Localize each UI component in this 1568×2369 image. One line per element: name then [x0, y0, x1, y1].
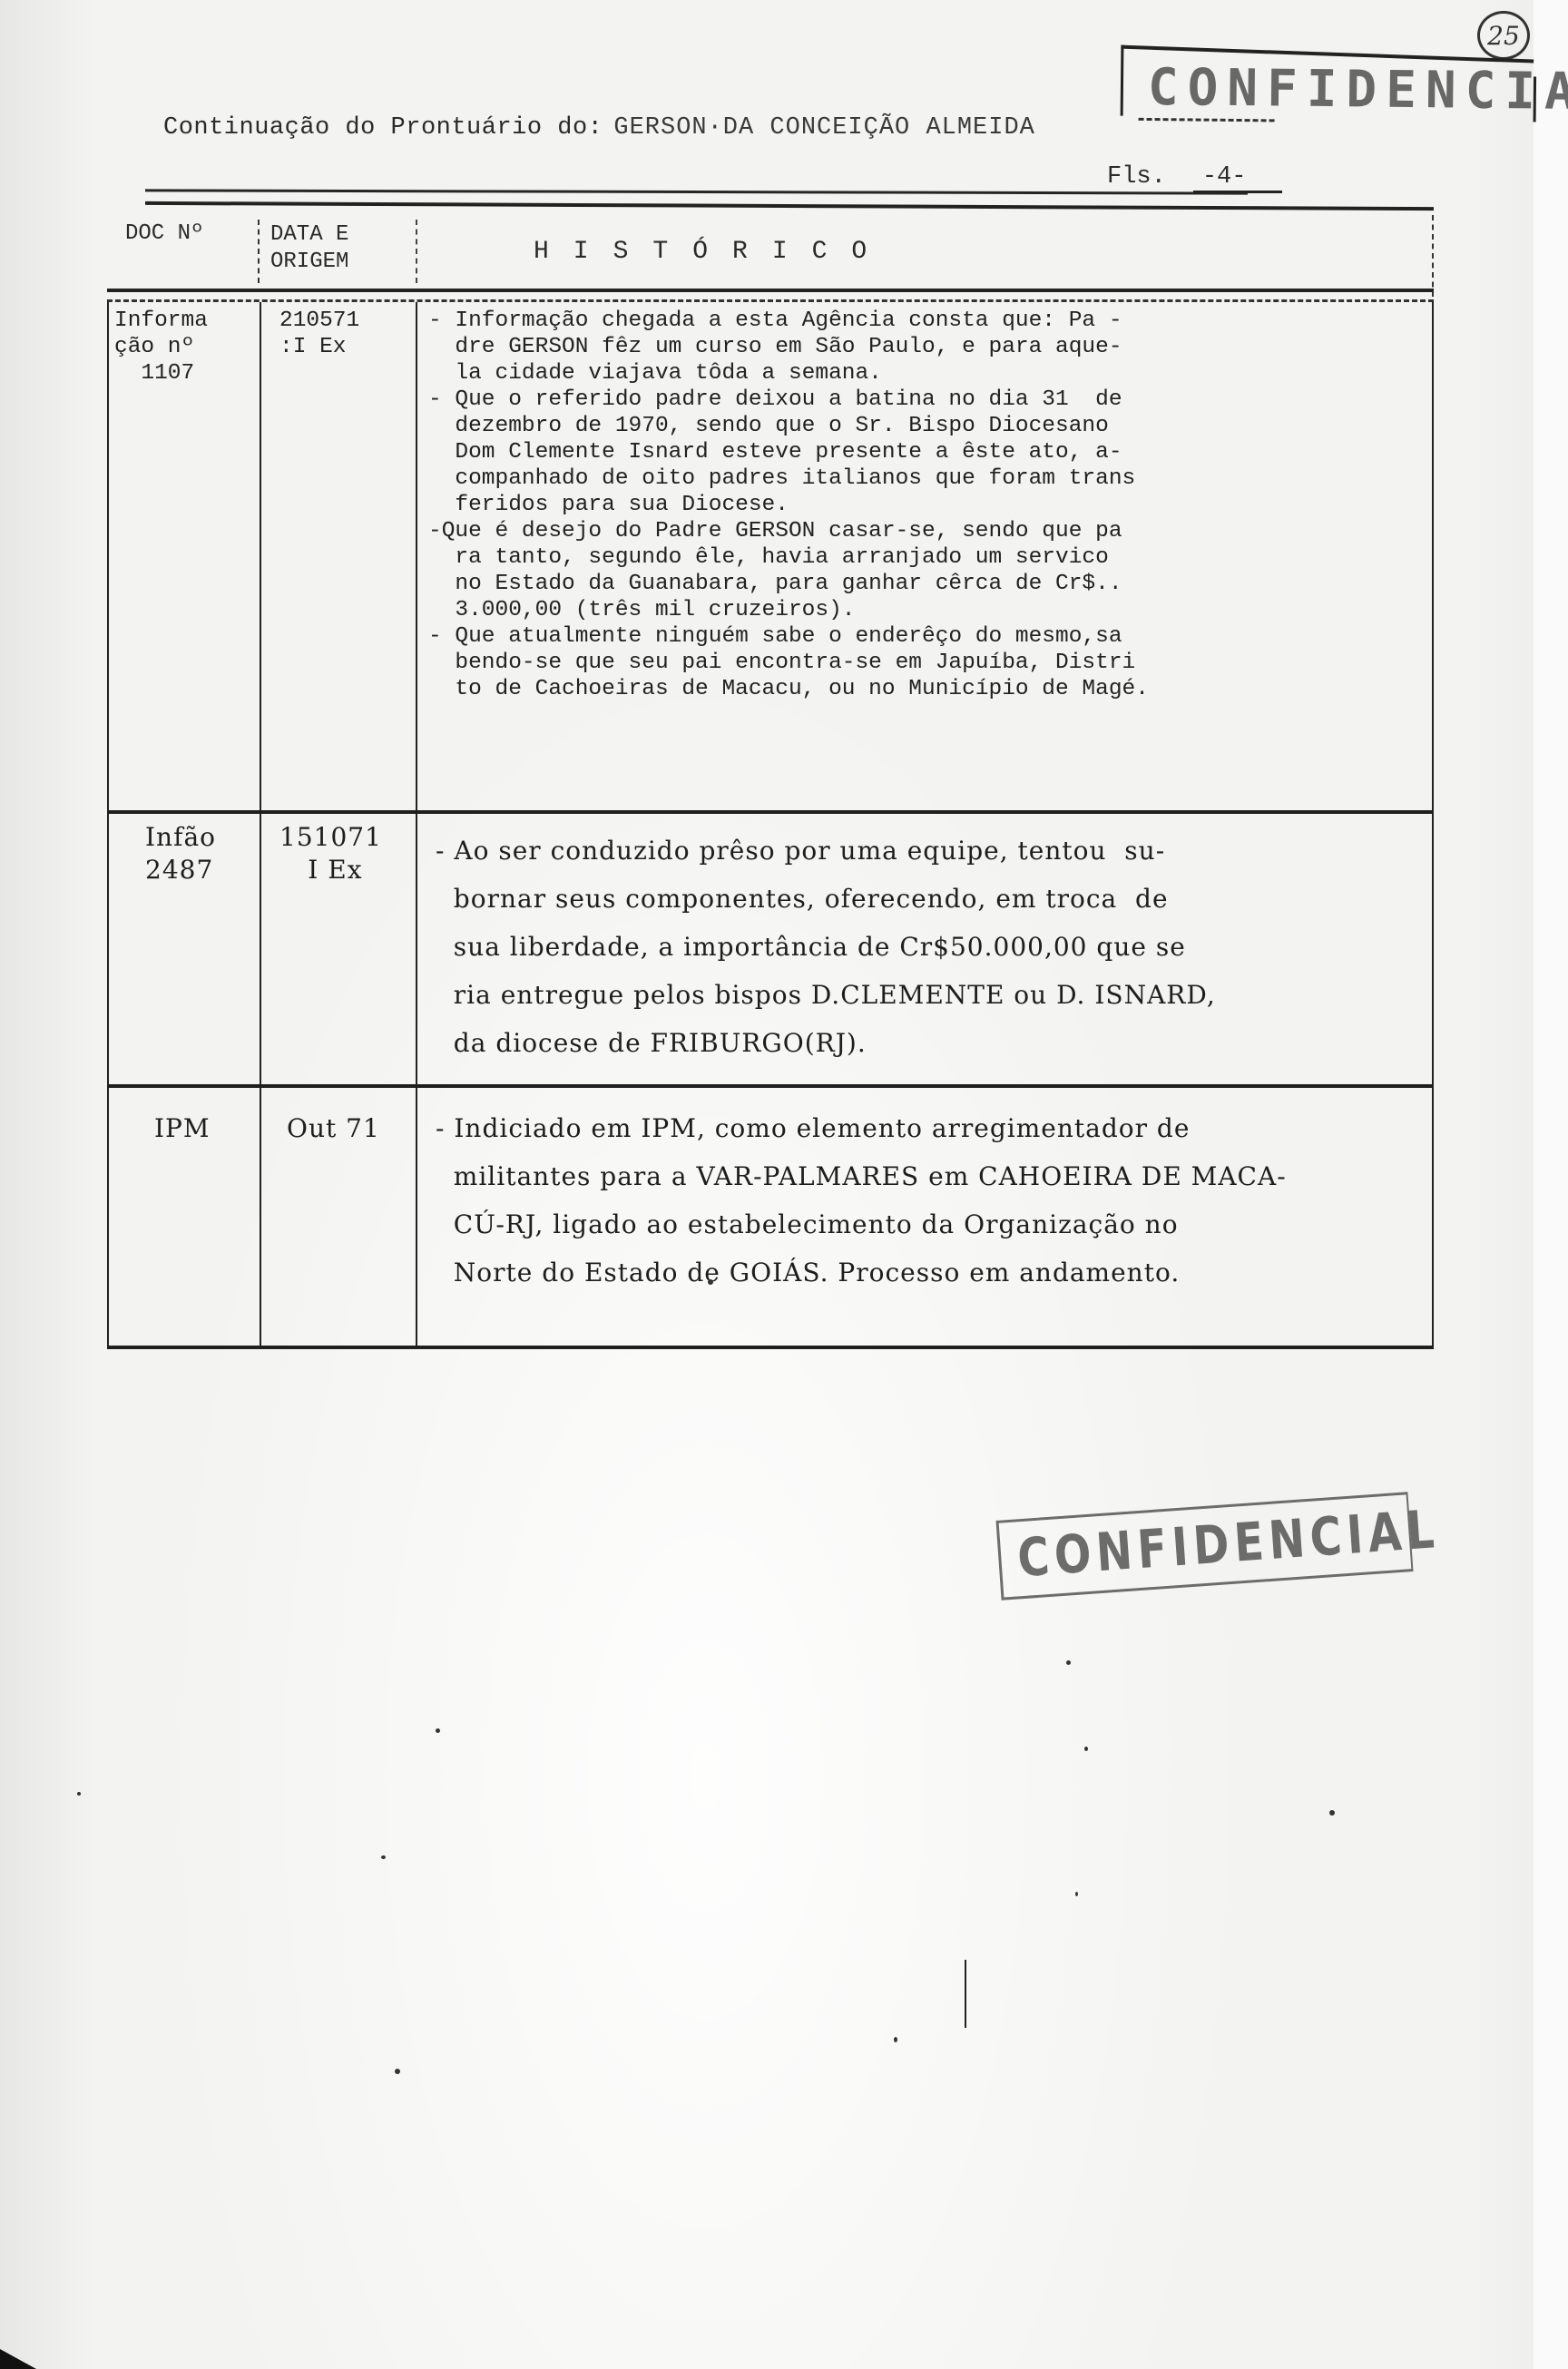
header-label: Continuação do Prontuário do: [163, 114, 603, 142]
column-header-doc: DOC Nº [125, 221, 203, 246]
confidential-stamp-top: CONFIDENCIAL [1112, 45, 1539, 122]
table-row: Informa ção nº 1107 210571 :I Ex - Infor… [107, 299, 1434, 814]
header-rule [145, 189, 1248, 194]
doc-reference: IPM [154, 1104, 211, 1152]
subject-name: GERSON·DA CONCEIÇÃO ALMEIDA [613, 114, 1034, 142]
cell-doc: Informa ção nº 1107 [109, 302, 261, 810]
column-divider [416, 220, 417, 283]
date-origin: Out 71 [287, 1104, 380, 1152]
doc-reference: Informa ção nº 1107 [114, 308, 208, 387]
scan-edge [1534, 0, 1568, 2369]
confidential-stamp-bottom: CONFIDENCIAL [995, 1492, 1413, 1601]
cell-date-origin: 151071 I Ex [261, 814, 417, 1084]
table-row: Infão 2487 151071 I Ex - Ao ser conduzid… [107, 814, 1434, 1088]
cell-history: - Informação chegada a esta Agência cons… [417, 302, 1432, 810]
table-header: DOC Nº DATA E ORIGEM HISTÓRICO [107, 210, 1434, 294]
cell-doc: Infão 2487 [109, 814, 261, 1084]
date-origin: 210571 :I Ex [279, 308, 359, 360]
cell-history: - Indiciado em IPM, como elemento arregi… [417, 1088, 1432, 1346]
scan-artifact-line [965, 1960, 966, 2028]
stamp-text: CONFIDENCIAL [1015, 1498, 1441, 1589]
column-header-history: HISTÓRICO [534, 238, 891, 266]
record-header: Continuação do Prontuário do:GERSON·DA C… [163, 114, 1035, 142]
cell-doc: IPM [109, 1088, 261, 1346]
scan-corner-shadow [0, 2349, 36, 2369]
stamp-frame [1139, 118, 1275, 122]
history-text: - Informação chegada a esta Agência cons… [428, 308, 1149, 702]
sheet-number-line: Fls.-4- [1107, 163, 1282, 193]
history-table: DOC Nº DATA E ORIGEM HISTÓRICO Informa ç… [107, 210, 1434, 1349]
stamp-text: CONFIDENCIAL [1148, 58, 1568, 122]
sheet-label: Fls. [1107, 163, 1166, 191]
cell-date-origin: 210571 :I Ex [261, 302, 417, 810]
cell-date-origin: Out 71 [261, 1088, 417, 1346]
header-rule [107, 289, 1434, 292]
date-origin: 151071 I Ex [279, 821, 382, 886]
header-rule [145, 201, 1434, 210]
history-text: - Indiciado em IPM, como elemento arregi… [436, 1104, 1287, 1297]
sheet-number: -4- [1193, 163, 1283, 193]
column-header-date-origin: DATA E ORIGEM [270, 221, 348, 276]
history-text: - Ao ser conduzido prêso por uma equipe,… [436, 827, 1216, 1067]
cell-history: - Ao ser conduzido prêso por uma equipe,… [417, 814, 1432, 1084]
stamp-frame [1121, 45, 1124, 116]
column-divider [258, 220, 260, 283]
table-row: IPM Out 71 - Indiciado em IPM, como elem… [107, 1088, 1434, 1349]
doc-reference: Infão 2487 [145, 821, 216, 886]
column-divider [1432, 215, 1434, 297]
